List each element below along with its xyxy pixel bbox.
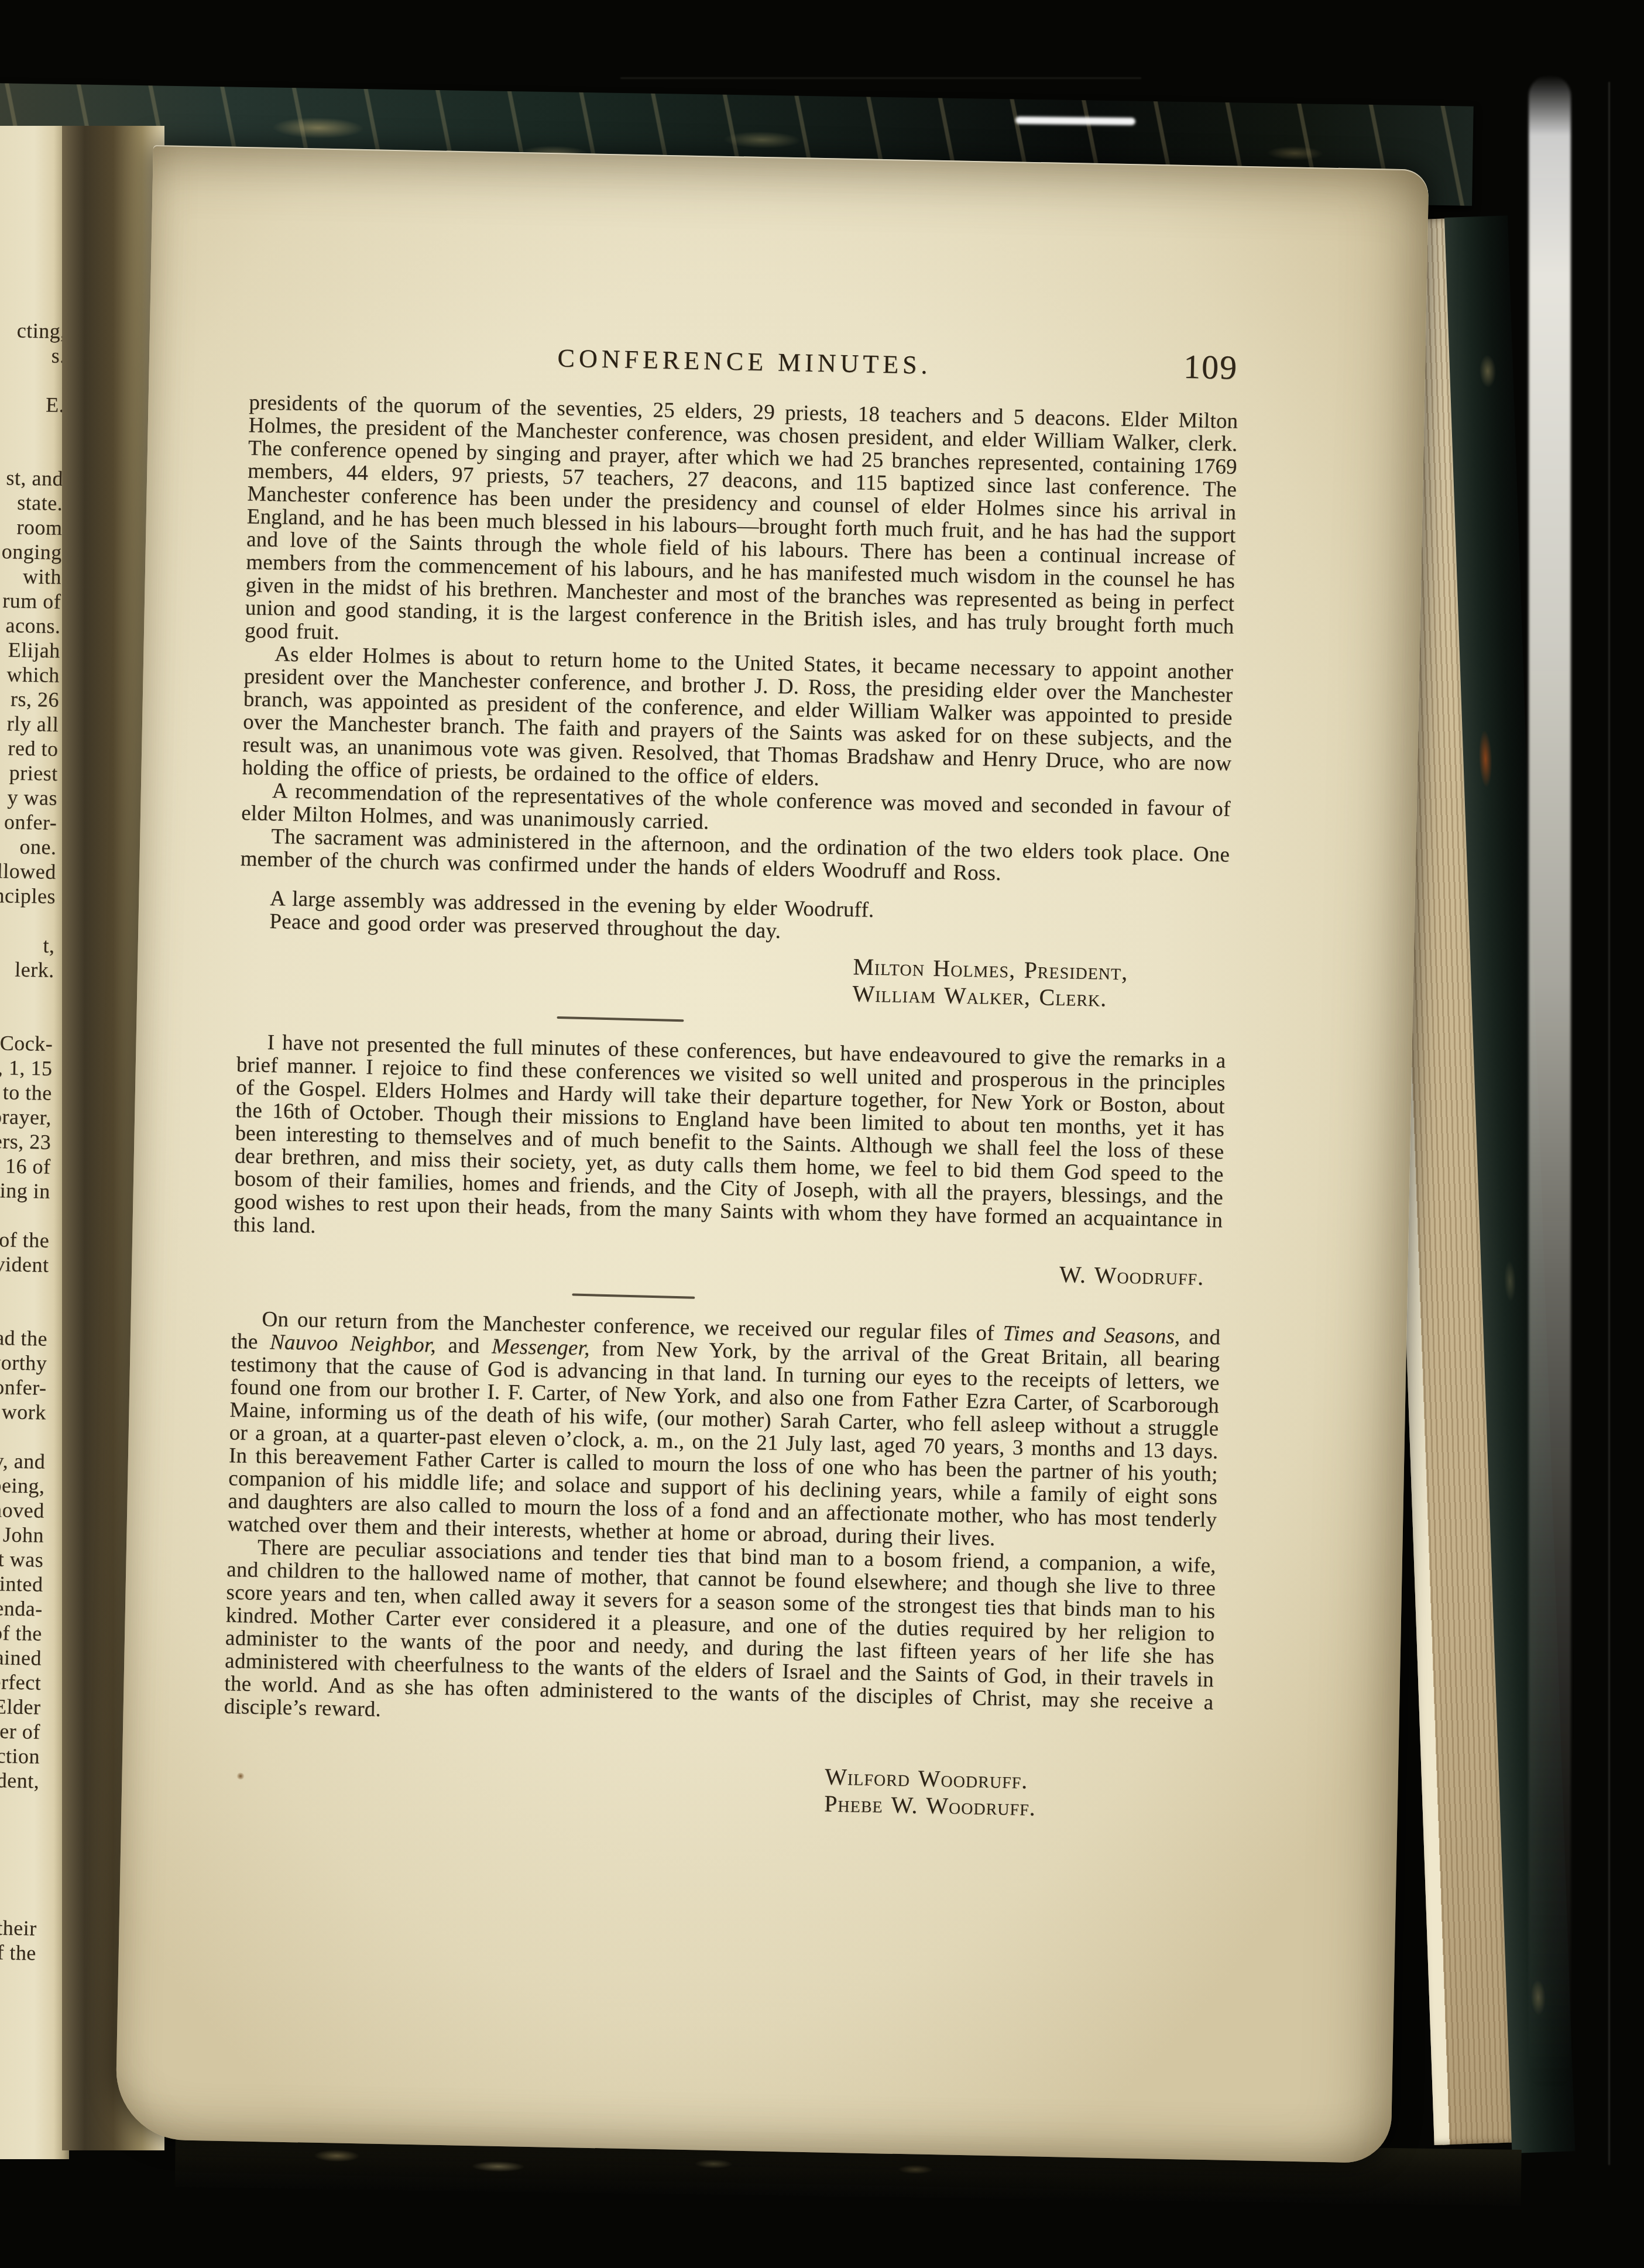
plastic-sleeve-glint xyxy=(1015,116,1135,125)
cut-off-text-line: s work xyxy=(0,1397,46,1425)
cut-off-text-line: moved xyxy=(0,1495,44,1523)
cut-off-text-line: of the xyxy=(0,1937,36,1965)
paragraph: As elder Holmes is about to return home … xyxy=(242,642,1233,798)
cut-off-text-line: dent, xyxy=(0,1765,40,1793)
signature-block: Wilford Woodruff.Phebe W. Woodruff. xyxy=(222,1752,1212,1824)
plastic-sleeve-edge-vertical xyxy=(1608,82,1610,2165)
cut-off-text-line: Cock- xyxy=(0,1028,53,1056)
page-number: 109 xyxy=(1183,347,1238,387)
cut-off-text-line: room xyxy=(0,512,63,540)
cut-off-text-line: one. xyxy=(0,831,57,860)
blank-line xyxy=(0,438,64,466)
cut-off-text-line: Elder xyxy=(0,1692,41,1720)
cut-off-text-line: had the xyxy=(0,1323,47,1351)
cut-off-text-line: with xyxy=(0,561,61,589)
signature: W. Woodruff. xyxy=(1059,1261,1204,1291)
cut-off-text-line: rs, 26 xyxy=(0,684,59,712)
cut-off-text-line: onfer- xyxy=(0,807,57,835)
paragraph: There are peculiar associations and tend… xyxy=(224,1535,1216,1737)
cut-off-text-line: evident xyxy=(0,1249,49,1277)
blank-line xyxy=(0,1004,53,1032)
blank-line xyxy=(0,1421,46,1449)
blank-line xyxy=(0,1815,39,1843)
cut-off-text-line: rdained xyxy=(0,1642,42,1671)
cut-off-text-line: state. xyxy=(0,487,63,516)
cut-off-text-line: of the xyxy=(0,1225,50,1253)
cut-off-text-line: menda- xyxy=(0,1593,43,1621)
italic-text-run: Messenger, xyxy=(492,1334,590,1360)
signature-stack: Milton Holmes, President,William Walker,… xyxy=(852,953,1128,1012)
facing-page-strip: cting,s.E.st, andstate.roomongingwithrum… xyxy=(0,126,69,2159)
cut-off-text-line: It was xyxy=(0,1544,44,1572)
paragraph: I have not presented the full minutes of… xyxy=(233,1030,1226,1255)
cut-off-text-line: cting, xyxy=(0,315,66,343)
text-run: presidents of the quorum of the seventie… xyxy=(245,390,1238,644)
signature-stack: Wilford Woodruff.Phebe W. Woodruff. xyxy=(824,1764,1036,1822)
blank-line xyxy=(0,1274,49,1302)
section-divider-rule xyxy=(572,1293,695,1298)
blank-line xyxy=(0,905,56,933)
cut-off-text-line: y was xyxy=(0,782,57,810)
cut-off-text-line: prayer, xyxy=(0,1102,52,1130)
text-run: There are peculiar associations and tend… xyxy=(224,1535,1216,1721)
cut-off-text-line: ers, 23 xyxy=(0,1126,52,1154)
blank-line xyxy=(0,414,64,442)
blank-line xyxy=(0,1790,39,1818)
cut-off-text-line: at their xyxy=(0,1913,37,1941)
cut-off-text-line: , 1, 15 xyxy=(0,1053,53,1081)
text-run: and xyxy=(435,1334,492,1359)
cut-off-text-line: worthy xyxy=(0,1348,47,1376)
section-divider-rule xyxy=(557,1016,684,1022)
cut-off-text-line: E. xyxy=(0,389,65,417)
signature: Phebe W. Woodruff. xyxy=(824,1791,1036,1822)
cut-off-text-line: pter of xyxy=(0,1716,40,1744)
cut-off-text-line: ruction xyxy=(0,1741,40,1769)
page-text-flow: presidents of the quorum of the seventie… xyxy=(222,391,1238,1824)
signature-stack: W. Woodruff. xyxy=(1059,1261,1204,1291)
cut-off-text-line: nciples xyxy=(0,881,56,909)
cut-off-text-line: t, xyxy=(0,930,55,958)
cut-off-text-line: being, xyxy=(0,1470,45,1499)
cut-off-text-line: s. xyxy=(0,340,66,368)
blank-line xyxy=(0,1888,37,1916)
cut-off-text-line: perfect xyxy=(0,1667,42,1695)
cut-off-text-line: lerk. xyxy=(0,954,54,982)
text-run: As elder Holmes is about to return home … xyxy=(242,642,1233,791)
blank-line xyxy=(0,1200,50,1228)
blank-line xyxy=(0,1864,38,1892)
facing-page-text-fragments: cting,s.E.st, andstate.roomongingwithrum… xyxy=(0,315,66,1965)
cut-off-text-line: eing in xyxy=(0,1176,50,1204)
blank-line xyxy=(0,1298,48,1327)
cut-off-text-line: e of the xyxy=(0,1618,42,1646)
cut-off-text-line: 16 of xyxy=(0,1151,51,1179)
cut-off-text-line: Elijah xyxy=(0,635,60,663)
paragraph: On our return from the Manchester confer… xyxy=(227,1307,1220,1554)
text-run: from New York, by the arrival of the Gre… xyxy=(227,1336,1220,1551)
page-content: CONFERENCE MINUTES. 109 presidents of th… xyxy=(122,145,1429,1828)
paragraph: presidents of the quorum of the seventie… xyxy=(245,391,1238,661)
cut-off-text-line: llowed xyxy=(0,856,56,884)
page-header: CONFERENCE MINUTES. 109 xyxy=(250,337,1240,393)
cut-off-text-line: st, and xyxy=(0,463,63,491)
page-title: CONFERENCE MINUTES. xyxy=(557,343,932,379)
blank-line xyxy=(0,979,54,1007)
cut-off-text-line: rly all xyxy=(0,709,59,737)
signature-block: W. Woodruff. xyxy=(232,1245,1222,1291)
cut-off-text-line: acons. xyxy=(0,610,61,638)
cut-off-text-line: priest xyxy=(0,758,58,786)
cut-off-text-line: to the xyxy=(0,1077,52,1105)
book-page: CONFERENCE MINUTES. 109 presidents of th… xyxy=(115,145,1429,2163)
text-run: I have not presented the full minutes of… xyxy=(233,1030,1226,1238)
book-photo-scene: cting,s.E.st, andstate.roomongingwithrum… xyxy=(0,0,1644,2268)
signature: William Walker, Clerk. xyxy=(852,980,1128,1012)
cut-off-text-line: pointed xyxy=(0,1569,43,1597)
blank-line xyxy=(0,1839,38,1867)
cut-off-text-line: rum of xyxy=(0,586,61,614)
cut-off-text-line: r John xyxy=(0,1520,44,1548)
cut-off-text-line: onging xyxy=(0,537,62,565)
blank-line xyxy=(0,365,65,393)
signature: Wilford Woodruff. xyxy=(825,1764,1036,1795)
cut-off-text-line: confer- xyxy=(0,1372,47,1400)
cut-off-text-line: red to xyxy=(0,733,59,761)
cut-off-text-line: ry, and xyxy=(0,1446,46,1474)
plastic-sleeve-reflection xyxy=(1529,75,1571,2091)
signature-block: Milton Holmes, President,William Walker,… xyxy=(238,941,1227,1014)
plastic-sleeve-edge-horizontal xyxy=(620,77,1141,79)
cut-off-text-line: which xyxy=(0,659,60,688)
